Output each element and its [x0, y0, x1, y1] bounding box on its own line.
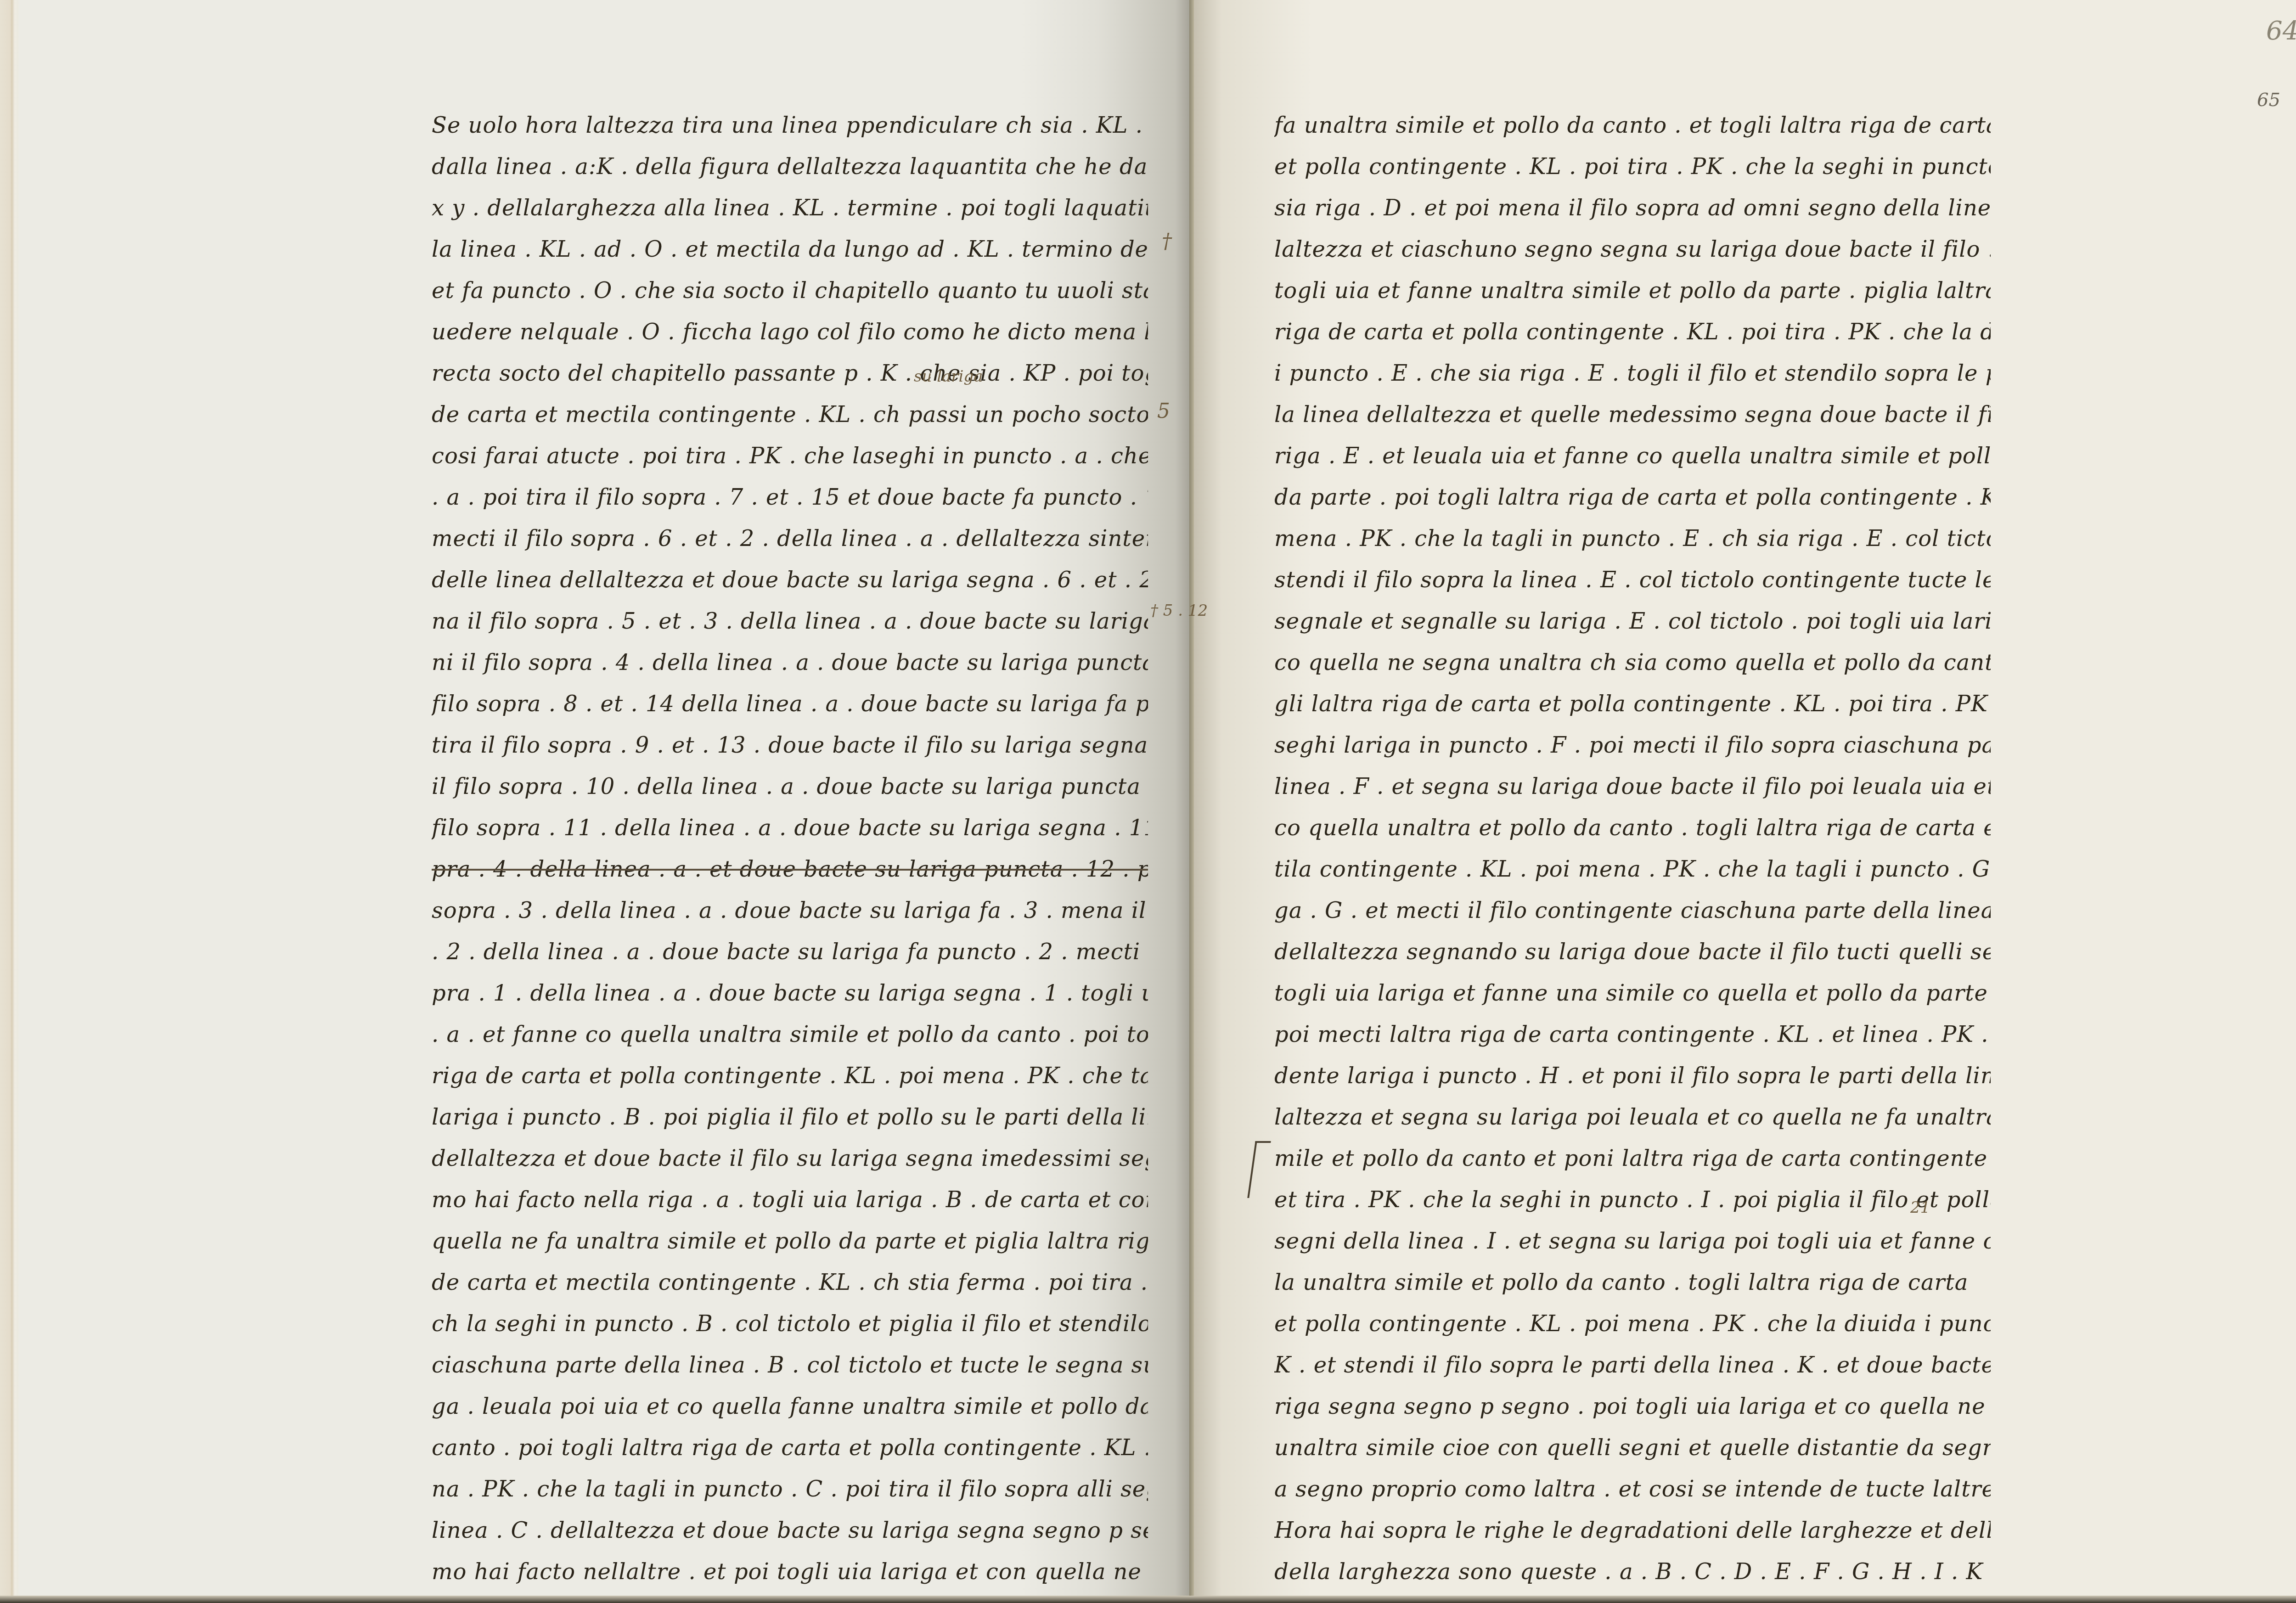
text-line: tira il filo sopra . 9 . et . 13 . doue … [432, 725, 1148, 766]
text-line: togli uia lariga et fanne una simile co … [1274, 973, 1991, 1014]
text-line: na il filo sopra . 5 . et . 3 . della li… [432, 601, 1148, 642]
text-line: la linea dellaltezza et quelle medessimo… [1274, 394, 1991, 435]
struck-text-line: pra . 4 . della linea . a . et doue bact… [432, 849, 1148, 890]
text-line: na . PK . che la tagli in puncto . C . p… [432, 1468, 1148, 1510]
text-line: K . et stendi il filo sopra le parti del… [1274, 1344, 1991, 1386]
left-page-text: Se uolo hora laltezza tira una linea ppe… [432, 105, 1148, 1592]
margin-note: † 5 . 12 [1150, 602, 1208, 620]
text-line: et tira . PK . che la seghi in puncto . … [1274, 1179, 1991, 1221]
text-line: riga . E . et leuala uia et fanne co que… [1274, 435, 1991, 477]
text-line: ciaschuna parte della linea . B . col ti… [432, 1344, 1148, 1386]
text-line: della larghezza sono queste . a . B . C … [1274, 1551, 1991, 1592]
text-line: . a . poi tira il filo sopra . 7 . et . … [432, 477, 1148, 518]
text-line: riga de carta et polla contingente . KL … [432, 1055, 1148, 1097]
text-line: ga . leuala poi uia et co quella fanne u… [432, 1386, 1148, 1427]
text-line: mena . PK . che la tagli in puncto . E .… [1274, 518, 1991, 559]
margin-note: 21 [1910, 1198, 1930, 1217]
text-line: Se uolo hora laltezza tira una linea ppe… [432, 105, 1148, 146]
text-line: segnale et segnalle su lariga . E . col … [1274, 601, 1991, 642]
new-folio-number: 65 [2257, 90, 2280, 111]
text-line: dellaltezza segnando su lariga doue bact… [1274, 931, 1991, 973]
text-line: lariga i puncto . B . poi piglia il filo… [432, 1097, 1148, 1138]
text-line: poi mecti laltra riga de carta contingen… [1274, 1014, 1991, 1055]
text-line: laltezza et segna su lariga poi leuala e… [1274, 1097, 1991, 1138]
text-line: co quella ne segna unaltra ch sia como q… [1274, 642, 1991, 683]
text-line: de carta et mectila contingente . KL . c… [432, 1262, 1148, 1303]
text-line: canto . poi togli laltra riga de carta e… [432, 1427, 1148, 1468]
text-line: sopra . 3 . della linea . a . doue bacte… [432, 890, 1148, 931]
text-line: ga . G . et mecti il filo contingente ci… [1274, 890, 1991, 931]
margin-note: † [1162, 230, 1172, 253]
text-line: seghi lariga in puncto . F . poi mecti i… [1274, 725, 1991, 766]
interlinear-note: su lariga [914, 367, 983, 386]
text-line: dente lariga i puncto . H . et poni il f… [1274, 1055, 1991, 1097]
text-line: a segno proprio como laltra . et cosi se… [1274, 1468, 1991, 1510]
text-line: ni il filo sopra . 4 . della linea . a .… [432, 642, 1148, 683]
text-line: la unaltra simile et pollo da canto . to… [1274, 1262, 1991, 1303]
text-line: dellaltezza et doue bacte il filo su lar… [432, 1138, 1148, 1179]
text-line: cosi farai atucte . poi tira . PK . che … [432, 435, 1148, 477]
text-line: co quella unaltra et pollo da canto . to… [1274, 807, 1991, 849]
text-line: quella ne fa unaltra simile et pollo da … [432, 1221, 1148, 1262]
old-folio-number: 64 [2266, 16, 2296, 46]
text-line: et polla contingente . KL . poi tira . P… [1274, 146, 1991, 187]
book-cover-edge [0, 0, 18, 1603]
text-line: et polla contingente . KL . poi mena . P… [1274, 1303, 1991, 1344]
paragraph-start-line: Hora hai sopra le righe le degradationi … [1274, 1510, 1991, 1551]
text-line: filo sopra . 11 . della linea . a . doue… [432, 807, 1148, 849]
text-line: da parte . poi togli laltra riga de cart… [1274, 477, 1991, 518]
text-line: de carta et mectila contingente . KL . c… [432, 394, 1148, 435]
text-line: fa unaltra simile et pollo da canto . et… [1274, 105, 1991, 146]
text-line: gli laltra riga de carta et polla contin… [1274, 683, 1991, 725]
margin-note: 5 [1157, 399, 1170, 423]
text-line: mecti il filo sopra . 6 . et . 2 . della… [432, 518, 1148, 559]
text-line: stendi il filo sopra la linea . E . col … [1274, 559, 1991, 601]
text-line: ch la seghi in puncto . B . col tictolo … [432, 1303, 1148, 1344]
text-line: riga de carta et polla contingente . KL … [1274, 311, 1991, 353]
text-line: mo hai facto nellaltre . et poi togli ui… [432, 1551, 1148, 1592]
text-line: filo sopra . 8 . et . 14 della linea . a… [432, 683, 1148, 725]
text-line: recta socto del chapitello passante p . … [432, 353, 1148, 394]
right-page-text: fa unaltra simile et pollo da canto . et… [1274, 105, 1991, 1592]
text-line: pra . 1 . della linea . a . doue bacte s… [432, 973, 1148, 1014]
text-line: uedere nelquale . O . ficcha lago col fi… [432, 311, 1148, 353]
text-line: linea . C . dellaltezza et doue bacte su… [432, 1510, 1148, 1551]
text-line: . a . et fanne co quella unaltra simile … [432, 1014, 1148, 1055]
text-line: dalla linea . a:K . della figura dellalt… [432, 146, 1148, 187]
text-line: . 2 . della linea . a . doue bacte su la… [432, 931, 1148, 973]
manuscript-spread: 64 65 Se uolo hora laltezza tira una lin… [0, 0, 2296, 1603]
text-line: riga segna segno p segno . poi togli uia… [1274, 1386, 1991, 1427]
text-line: mile et pollo da canto et poni laltra ri… [1274, 1138, 1991, 1179]
text-line: il filo sopra . 10 . della linea . a . d… [432, 766, 1148, 807]
text-line: sia riga . D . et poi mena il filo sopra… [1274, 187, 1991, 229]
text-line: delle linea dellaltezza et doue bacte su… [432, 559, 1148, 601]
text-line: unaltra simile cioe con quelli segni et … [1274, 1427, 1991, 1468]
text-line: tila contingente . KL . poi mena . PK . … [1274, 849, 1991, 890]
text-line: linea . F . et segna su lariga doue bact… [1274, 766, 1991, 807]
text-line: laltezza et ciaschuno segno segna su lar… [1274, 229, 1991, 270]
text-line: segni della linea . I . et segna su lari… [1274, 1221, 1991, 1262]
text-line: la linea . KL . ad . O . et mectila da l… [432, 229, 1148, 270]
text-line: x y . dellalarghezza alla linea . KL . t… [432, 187, 1148, 229]
text-line: et fa puncto . O . che sia socto il chap… [432, 270, 1148, 311]
book-bottom-edge [0, 1596, 2296, 1603]
text-line: togli uia et fanne unaltra simile et pol… [1274, 270, 1991, 311]
text-line: i puncto . E . che sia riga . E . togli … [1274, 353, 1991, 394]
text-line: mo hai facto nella riga . a . togli uia … [432, 1179, 1148, 1221]
